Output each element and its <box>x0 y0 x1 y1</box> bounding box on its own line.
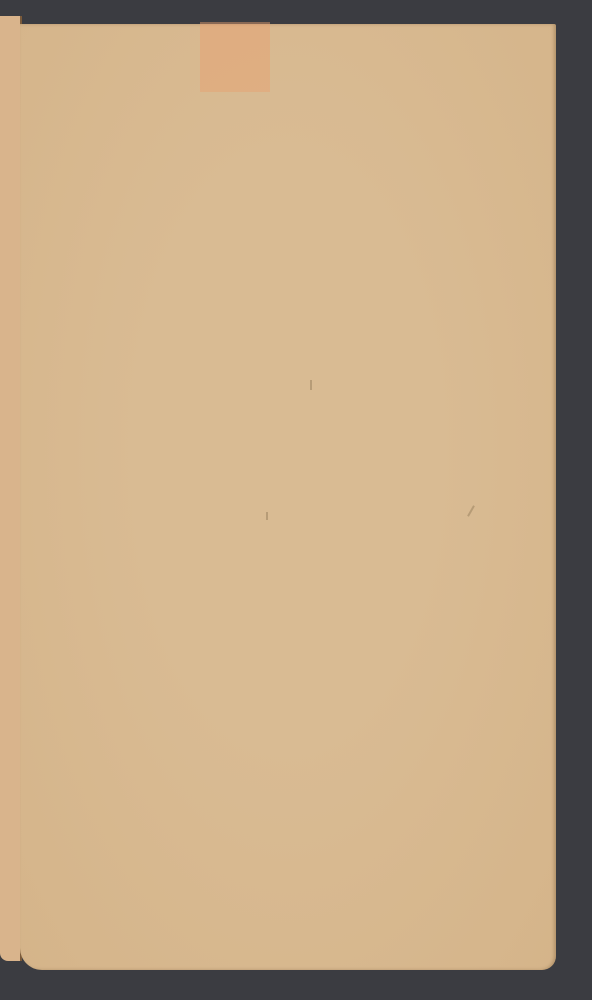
paper-speck <box>266 512 268 520</box>
left-page-edge <box>0 16 22 961</box>
blank-page <box>20 24 556 970</box>
library-stamp <box>200 22 270 92</box>
paper-speck <box>310 380 312 390</box>
